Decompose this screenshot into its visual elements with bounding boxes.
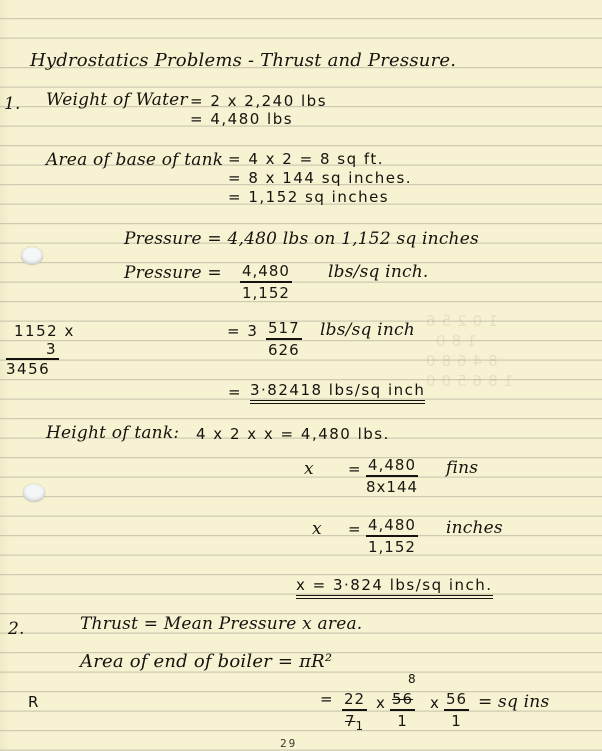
notebook-page: 10256 180 84680 186500 Hydrostatics Prob… (0, 0, 602, 751)
show-through-text: 186500 (420, 372, 513, 390)
problem-number: 2. (8, 619, 25, 639)
area-unit: = sq ins (478, 692, 549, 712)
pi-fraction: 22 71 (342, 690, 367, 733)
x-fraction-1: 4,480 8x144 (366, 456, 418, 496)
decimal-equals: = (228, 383, 242, 401)
radius-fraction-2: 56 1 (444, 690, 469, 730)
x-unit-1: fins (446, 458, 478, 478)
weight-equation: = 2 x 2,240 lbs (190, 92, 327, 110)
weight-result: = 4,480 lbs (190, 110, 293, 128)
side-calc-multiplier: 3 (6, 340, 59, 360)
area-eq-3: = 1,152 sq inches (228, 188, 389, 206)
pressure-fraction: 4,480 1,152 (240, 262, 292, 302)
times-sign: x (430, 694, 440, 712)
thrust-definition: Thrust = Mean Pressure x area. (80, 614, 362, 634)
area-eq-1: = 4 x 2 = 8 sq ft. (228, 150, 384, 168)
side-calc-top: 1152 x (14, 322, 75, 340)
x-unit-2: inches (446, 518, 503, 538)
cancel-result: 8 (408, 672, 417, 686)
mixed-equals: = 3 (227, 322, 258, 340)
area-label: Area of base of tank (46, 150, 223, 170)
weight-label: Weight of Water (46, 90, 188, 110)
pressure-label: Pressure = (124, 263, 222, 283)
x-equals: = (348, 460, 362, 478)
pressure-statement: Pressure = 4,480 lbs on 1,152 sq inches (124, 229, 479, 249)
problem-number: 1. (4, 94, 21, 114)
page-number: 29 (280, 737, 297, 750)
height-result: x = 3·824 lbs/sq inch. (296, 576, 493, 599)
area-eq-2: = 8 x 144 sq inches. (228, 169, 412, 187)
mixed-fraction: 517 626 (266, 319, 302, 359)
show-through-text: 84680 (420, 352, 498, 370)
x-fraction-2: 4,480 1,152 (366, 516, 418, 556)
x-equals-2: = (348, 520, 362, 538)
pressure-unit: lbs/sq inch. (328, 262, 428, 282)
height-equation: 4 x 2 x x = 4,480 lbs. (196, 425, 390, 443)
side-calc-result: 3456 (6, 360, 50, 378)
radius-label: R (28, 693, 40, 711)
show-through-text: 180 (430, 332, 477, 350)
punch-hole (21, 247, 43, 265)
area-equals: = (320, 690, 334, 708)
page-title: Hydrostatics Problems - Thrust and Press… (30, 50, 456, 71)
height-label: Height of tank: (46, 423, 179, 443)
x-label-2: x (312, 519, 322, 539)
boiler-area-formula: Area of end of boiler = πR² (80, 651, 332, 672)
mixed-unit: lbs/sq inch (320, 320, 415, 340)
radius-fraction-1: 56 1 (390, 690, 415, 730)
punch-hole (23, 484, 45, 502)
show-through-text: 10256 (420, 312, 498, 330)
times-sign: x (376, 694, 386, 712)
pressure-decimal-result: 3·82418 lbs/sq inch (250, 381, 425, 404)
x-label: x (304, 459, 314, 479)
